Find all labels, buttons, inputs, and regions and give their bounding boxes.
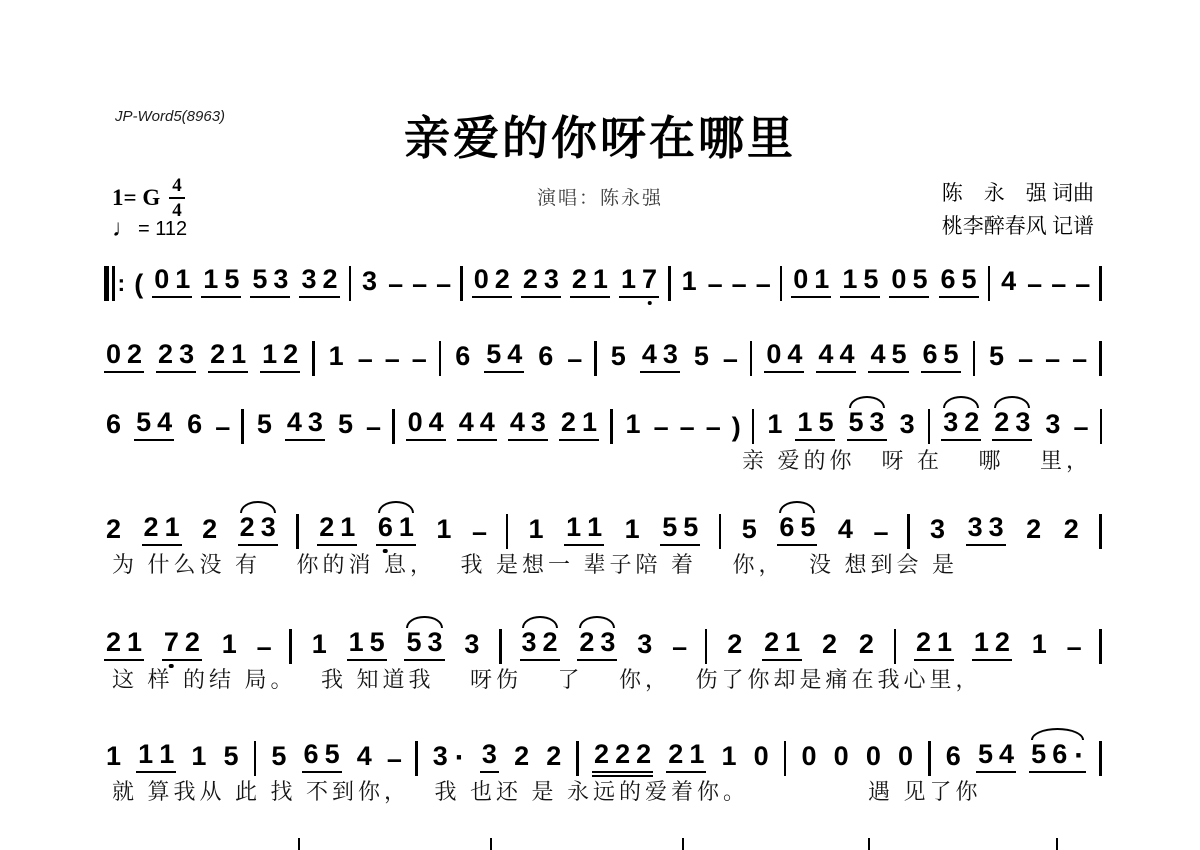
note: 5 [257,411,272,438]
note: 1 [767,411,782,438]
note: 5 [338,411,353,438]
note: 3 [1015,409,1030,436]
note: 5 [742,516,757,543]
close-paren: ) [732,413,741,441]
repeat-dots: : [118,272,126,295]
note: 4 [999,741,1014,768]
note: 0 [834,743,849,770]
note: 1 [159,741,174,768]
repeat-thick-bar [104,266,109,301]
note: 0 [866,743,881,770]
note: 1 [1032,631,1047,658]
note-group: 2 [820,631,839,661]
note: 2 [594,741,609,768]
duration-dash: – [1075,271,1090,298]
note-group: 01 [791,266,831,298]
note: 1 [937,629,952,656]
note: 3 [943,409,958,436]
notation-system: 022321121–––6546–5435–044445655––– [104,333,1102,373]
note: 5 [662,514,677,541]
note: 5 [962,266,977,293]
note: 5 [892,341,907,368]
note-group: 4 [836,516,855,546]
note-group: 11 [564,514,604,546]
note-group: 3 [462,631,481,661]
note-group: 53 [404,629,444,661]
note: 4 [1001,268,1016,295]
repeat-thin-bar [112,266,115,301]
note: 1 [625,516,640,543]
note-group: 15 [347,629,387,661]
note: 5 [325,741,340,768]
barline [780,266,783,301]
note: 5 [1031,741,1046,768]
note-group: 61 [376,514,416,546]
duration-dash: – [1045,346,1060,373]
note-group: 43 [640,341,680,373]
duration-dash: – [708,271,723,298]
note-group: 43 [285,409,325,441]
note: 4 [287,409,302,436]
note-group: 5 [692,343,711,373]
repeat-start-sign: : [104,266,125,298]
barline [254,741,257,776]
barline [296,514,299,549]
next-system-barline-stub [868,838,870,850]
next-system-barline-stub [490,838,492,850]
note-group: 21 [914,629,954,661]
note: 2 [579,629,594,656]
note-group: 11 [136,741,176,773]
note-group: 1 [623,516,642,546]
barline [499,629,502,664]
note: 7 [164,629,179,656]
note: 3 [308,409,323,436]
note: 1 [175,266,190,293]
note: 2 [1026,516,1041,543]
note-group: 1 [765,411,784,441]
note: 3 [362,268,377,295]
barline [928,741,931,776]
note: 2 [764,629,779,656]
note: 5 [406,629,421,656]
note: 6 [304,741,319,768]
note-group: 3 [928,516,947,546]
song-title: 亲爱的你呀在哪里 [0,102,1200,168]
note-group: 1 [220,631,239,661]
quarter-note-icon: ♩ [112,217,136,241]
note: 5 [818,409,833,436]
time-signature: 4 4 [169,176,185,220]
barline [752,409,755,444]
barline [392,409,395,444]
note: 0 [793,266,808,293]
note: 6 [455,343,470,370]
note: 2 [210,341,225,368]
barline [784,741,787,776]
barline [506,514,509,549]
note: 3 [989,514,1004,541]
note-group: 3 [898,411,917,441]
note: 5 [486,341,501,368]
note: 3 [179,341,194,368]
note: 1 [106,743,121,770]
note: 1 [329,343,344,370]
duration-dash: – [358,346,373,373]
note: 1 [721,743,736,770]
note-group: 21 [762,629,802,661]
barline [1099,341,1102,376]
note: 1 [974,629,989,656]
note-group: 54 [134,409,174,441]
duration-dash: – [257,634,272,661]
note-group: 65 [777,514,817,546]
note: 6 [106,411,121,438]
note: 6 [946,743,961,770]
barline [1099,629,1102,664]
note: 5 [136,409,151,436]
note: 4 [429,409,444,436]
note-group: 2 [857,631,876,661]
duration-dash: – [1073,414,1088,441]
note-group: 5 [740,516,759,546]
duration-dash: – [1067,634,1082,661]
note: 2 [561,409,576,436]
note-group: 72 [162,629,202,661]
note: 1 [262,341,277,368]
note-group: 02 [104,341,144,373]
note-group: 1 [624,411,643,441]
barline [312,341,315,376]
barline [907,514,910,549]
note: 0 [801,743,816,770]
note-group: 1 [527,516,546,546]
note-group: 21 [142,514,182,546]
note-group: 2 [200,516,219,546]
note-group: 55 [660,514,700,546]
notation-system: 21721–11553332233–2212221121– [104,621,1102,661]
note: 4 [839,341,854,368]
note: 1 [399,514,414,541]
note: 6 [923,341,938,368]
next-system-barline-stub [1056,838,1058,850]
barline [349,266,352,301]
note: 1 [621,266,636,293]
note-group: 6 [185,411,204,441]
note-group: 1 [434,516,453,546]
note-group: 21 [666,741,706,773]
note-group: 05 [889,266,929,298]
note: 5 [800,514,815,541]
barline [576,741,579,776]
duration-dash: – [1027,271,1042,298]
note: 5 [252,266,267,293]
note: 2 [106,629,121,656]
note: 2 [106,516,121,543]
credit-transcriber: 桃李醉春风 记谱 [942,214,1094,238]
barline [719,514,722,549]
note: 4 [480,409,495,436]
note: 2 [668,741,683,768]
note: 0 [106,341,121,368]
note-group: 23 [156,341,196,373]
note-group: 5 [336,411,355,441]
note: 5 [224,743,239,770]
barline [1099,741,1102,776]
barline [705,629,708,664]
time-signature-numerator: 4 [169,176,185,199]
duration-dash: – [873,519,888,546]
tempo-value: = 112 [138,218,187,241]
note: 2 [636,741,651,768]
credit-composer: 陈 永 强 词曲 [942,181,1094,205]
note: 1 [814,266,829,293]
note: 3 [930,516,945,543]
note: 4 [838,516,853,543]
note-group: 3 [360,268,379,298]
note: 1 [682,268,697,295]
note: 4 [870,341,885,368]
duration-dash: – [732,271,747,298]
note-group: 23 [992,409,1032,441]
note-group: 5 [255,411,274,441]
duration-dash: – [472,519,487,546]
note: 6 [538,343,553,370]
key-label: 1= G [112,185,160,211]
note: 4 [357,743,372,770]
note: 2 [514,743,529,770]
note: 1 [566,514,581,541]
note-group: 0 [799,743,818,773]
note: 0 [898,743,913,770]
note: 5 [944,341,959,368]
note: 0 [474,266,489,293]
note-group: 44 [816,341,856,373]
note: 3 [428,629,443,656]
note: 0 [154,266,169,293]
note: 4 [507,341,522,368]
note: 5 [989,343,1004,370]
note-group: 2 [544,743,563,773]
note: 4 [818,341,833,368]
note-group: 2 [725,631,744,661]
note-group: 15 [840,266,880,298]
note-group: 5 [222,743,241,773]
note: 2 [319,514,334,541]
note: 6 [779,514,794,541]
note: 2 [822,631,837,658]
augmentation-dot: · [1074,744,1084,768]
note: 3 [663,341,678,368]
barline [439,341,442,376]
note: 4 [459,409,474,436]
note: 2 [158,341,173,368]
note: 3 [273,266,288,293]
note: 3 [1045,411,1060,438]
augmentation-dot: · [455,746,465,770]
note-group: 02 [472,266,512,298]
note-group: 222 [592,741,653,773]
note-group: 5 [269,743,288,773]
note: 2 [543,629,558,656]
barline [241,409,244,444]
note: 1 [231,341,246,368]
barline [610,409,613,444]
note-group: 3· [431,743,467,773]
note: 1 [203,266,218,293]
note-group: 2 [104,516,123,546]
note: 2 [546,743,561,770]
note: 3 [301,266,316,293]
note-group: 6 [104,411,123,441]
note: 3 [544,266,559,293]
note: 5 [611,343,626,370]
note: 3 [531,409,546,436]
note-group: 65 [921,341,961,373]
barline [928,409,931,444]
barline [668,266,671,301]
duration-dash: – [706,414,721,441]
note: 1 [312,631,327,658]
note-group: 2 [1062,516,1081,546]
lyrics-line-2: 为 什么没 有 你的消 息， 我 是想一 辈子陪 着 你， 没 想到会 是 [112,548,958,579]
note: 6 [941,266,956,293]
duration-dash: – [385,346,400,373]
note: 2 [185,629,200,656]
note: 2 [495,266,510,293]
note: 3 [482,741,497,768]
barline [1099,514,1102,549]
note: 1 [127,629,142,656]
note: 5 [863,266,878,293]
note-group: 5 [609,343,628,373]
duration-dash: – [672,634,687,661]
duration-dash: – [366,414,381,441]
credits-block: 陈 永 强 词曲桃李醉春风 记谱 [942,177,1094,242]
note: 1 [222,631,237,658]
duration-dash: – [412,271,427,298]
note-group: 3 [480,741,499,773]
note: 6 [1052,741,1067,768]
note: 6 [187,411,202,438]
note: 2 [727,631,742,658]
duration-dash: – [387,746,402,773]
note: 4 [787,341,802,368]
note-group: 0 [896,743,915,773]
note: 2 [523,266,538,293]
note: 3 [522,629,537,656]
note-group: 3 [635,631,654,661]
note: 2 [994,409,1009,436]
note-group: 21 [559,409,599,441]
duration-dash: – [436,271,451,298]
duration-dash: – [1072,346,1087,373]
note-group: 1 [719,743,738,773]
note: 2 [916,629,931,656]
notation-system: :(011553323–––022321171–––011505654––– [104,258,1102,298]
note-group: 17 [619,266,659,298]
note: 2 [859,631,874,658]
note-group: 5 [987,343,1006,373]
note: 3 [600,629,615,656]
note-group: 1 [189,743,208,773]
note-group: 1 [1030,631,1049,661]
note: 2 [995,629,1010,656]
duration-dash: – [1018,346,1033,373]
note: 4 [157,409,172,436]
note-group: 2 [512,743,531,773]
note-group: 43 [508,409,548,441]
note-group: 54 [484,341,524,373]
note: 3 [870,409,885,436]
next-system-barline-stub [682,838,684,850]
note-group: 6 [536,343,555,373]
key-signature: 1= G 4 4 [112,176,185,220]
note-group: 33 [966,514,1006,546]
duration-dash: – [723,346,738,373]
barline [289,629,292,664]
note-group: 04 [764,341,804,373]
note: 3 [637,631,652,658]
note: 1 [340,514,355,541]
note-group: 0 [832,743,851,773]
note: 5 [694,343,709,370]
barline [894,629,897,664]
note: 0 [754,743,769,770]
note-group: 1 [310,631,329,661]
note-group: 0 [864,743,883,773]
duration-dash: – [412,346,427,373]
note-group: 6 [453,343,472,373]
duration-dash: – [388,271,403,298]
duration-dash: – [756,271,771,298]
note: 0 [766,341,781,368]
note-group: 53 [847,409,887,441]
note: 2 [127,341,142,368]
note: 1 [436,516,451,543]
duration-dash: – [215,414,230,441]
note-group: 23 [238,514,278,546]
note: 3 [433,743,448,770]
note: 2 [964,409,979,436]
note: 3 [968,514,983,541]
notation-system: 6546–5435–044443211–––)11553332233– [104,401,1102,441]
next-system-barline-stub [298,838,300,850]
duration-dash: – [567,346,582,373]
note: 6 [378,514,393,541]
note-group: 21 [317,514,357,546]
note-group: 4 [355,743,374,773]
note-group: 15 [201,266,241,298]
note: 2 [283,341,298,368]
note: 3 [464,631,479,658]
open-paren: ( [134,270,143,298]
note: 4 [510,409,525,436]
note-group: 21 [104,629,144,661]
note: 1 [587,514,602,541]
note-group: 23 [521,266,561,298]
note: 7 [642,266,657,293]
barline [594,341,597,376]
note: 1 [797,409,812,436]
barline [415,741,418,776]
note: 1 [191,743,206,770]
note-group: 32 [299,266,339,298]
note-group: 1 [680,268,699,298]
note-group: 21 [570,266,610,298]
note: 5 [978,741,993,768]
note-group: 53 [250,266,290,298]
